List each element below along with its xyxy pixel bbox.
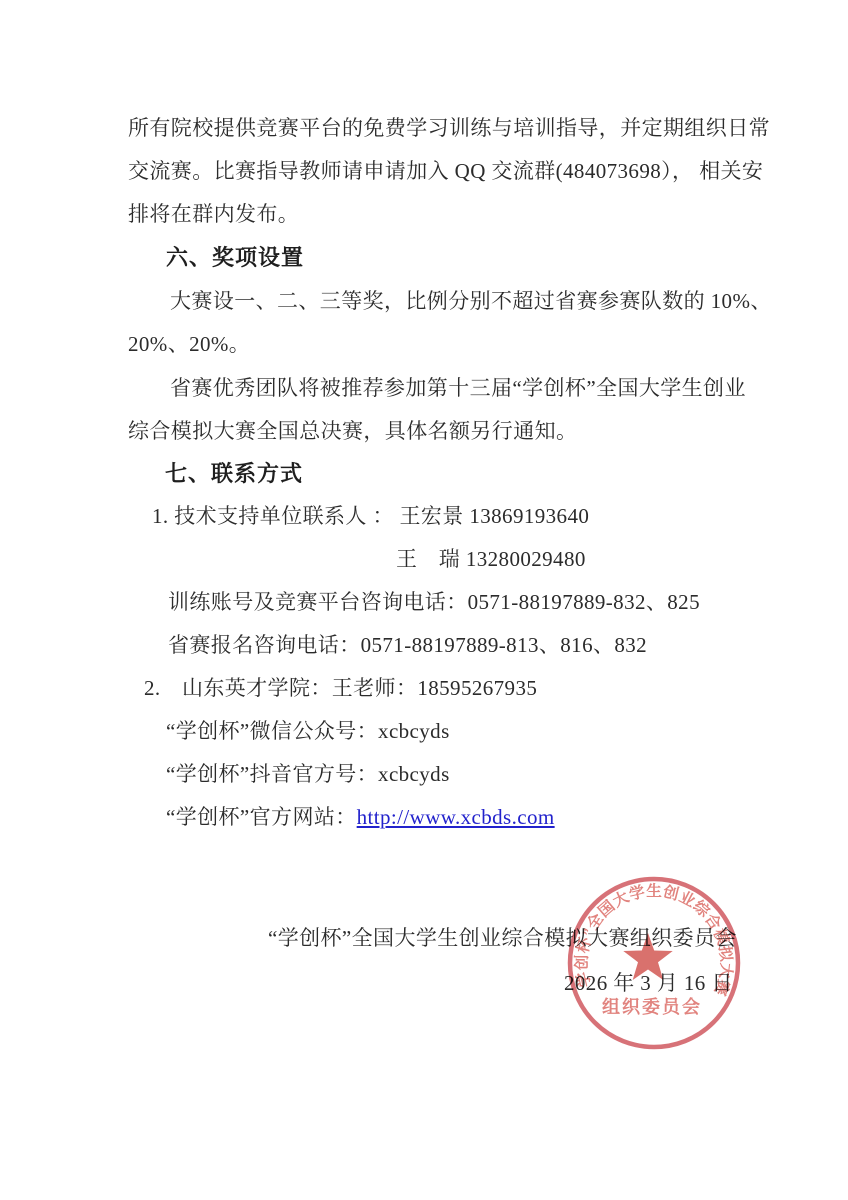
seal-bottom-label: 组织委员会 [602,996,702,1017]
awards-para1-line2: 20%、20%。 [128,332,250,357]
contact-website-label: “学创杯”官方网站： [166,805,357,829]
contact-item1-second-person: 王 瑞 13280029480 [396,547,586,572]
contact-item2: 2. 山东英才学院：王老师：18595267935 [144,676,537,701]
intro-line-3: 排将在群内发布。 [128,202,299,227]
contact-website-line: “学创杯”官方网站：http://www.xcbds.com [166,805,555,830]
intro-line-2: 交流赛。比赛指导教师请申请加入 QQ 交流群(484073698）， 相关安 [128,159,763,184]
website-link[interactable]: http://www.xcbds.com [357,805,555,829]
section-contact-heading: 七、联系方式 [165,461,303,486]
document-page: 所有院校提供竞赛平台的免费学习训练与培训指导，并定期组织日常 交流赛。比赛指导教… [0,0,848,1200]
contact-training-phone: 训练账号及竞赛平台咨询电话：0571-88197889-832、825 [168,590,700,615]
signature-date: 2026 年 3 月 16 日 [564,971,733,996]
section-awards-heading: 六、奖项设置 [166,245,304,270]
seal-ring [570,879,738,1047]
official-seal: “学创杯”全国大学生创业综合模拟大赛 组织委员会 [563,871,745,1053]
contact-douyin: “学创杯”抖音官方号：xcbcyds [166,762,450,787]
awards-para1-line1: 大赛设一、二、三等奖，比例分别不超过省赛参赛队数的 10%、 [170,289,772,314]
awards-para2-line2: 综合模拟大赛全国总决赛，具体名额另行通知。 [128,419,577,444]
intro-line-1: 所有院校提供竞赛平台的免费学习训练与培训指导，并定期组织日常 [128,116,770,141]
signature-organization: “学创杯”全国大学生创业综合模拟大赛组织委员会 [268,926,737,951]
contact-item1: 1. 技术支持单位联系人 ： 王宏景 13869193640 [152,504,589,529]
contact-province-phone: 省赛报名咨询电话：0571-88197889-813、816、832 [168,633,647,658]
contact-wechat: “学创杯”微信公众号：xcbcyds [166,719,450,744]
seal-group: “学创杯”全国大学生创业综合模拟大赛 组织委员会 [563,871,738,1047]
awards-para2-line1: 省赛优秀团队将被推荐参加第十三届“学创杯”全国大学生创业 [170,376,746,401]
